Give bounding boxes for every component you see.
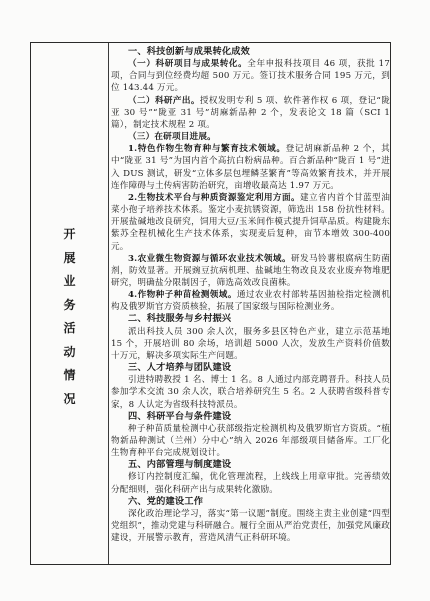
paragraph: 引进特聘教授 1 名、博士 1 名。8 人通过内部竞聘晋升。科技人员参加学术交流… [111,374,390,410]
section-heading: 一、科技创新与成果转化成效 [111,46,390,58]
paragraph: （三）在研项目进展。 [111,131,390,143]
paragraph-lead: （二）科研产出。 [128,96,200,106]
paragraph: 2.生物技术平台与种质资源鉴定利用方面。建立省内首个甘蓝型油菜小孢子培养技术体系… [111,192,390,253]
paragraph-lead: 3.农业微生物资源与循环农业技术领域。 [128,254,291,264]
label-char: 活 [63,317,75,341]
label-char: 况 [63,388,75,412]
paragraph: 派出科技人员 300 余人次，服务多县区特色产业，建立示范基地 15 个，开展培… [111,326,390,362]
activity-report-table: 开 展 业 务 活 动 情 况 一、科技创新与成果转化成效 （一）科研项目与成果… [30,42,391,565]
paragraph-text: 深化政治理论学习，落实“第一议题”制度。围绕主责主业创建“四型党组织”，推动党建… [111,509,390,543]
paragraph: 修订内控制度汇编，优化管理流程，上线线上用章审批。完善绩效分配细则，强化科研产出… [111,471,390,495]
paragraph-text: 派出科技人员 300 余人次，服务多县区特色产业，建立示范基地 15 个，开展培… [111,327,390,361]
paragraph-lead: 1.特色作物生物育种与繁育技术领域。 [128,144,286,154]
paragraph: 种子种苗质量检测中心获部级指定检测机构及俄罗斯官方资质。“植物新品种测试（兰州）… [111,423,390,459]
paragraph: 深化政治理论学习，落实“第一议题”制度。围绕主责主业创建“四型党组织”，推动党建… [111,508,390,544]
paragraph-text: 种子种苗质量检测中心获部级指定检测机构及俄罗斯官方资质。“植物新品种测试（兰州）… [111,424,390,458]
section-heading: 三、人才培养与团队建设 [111,362,390,374]
column-divider [108,43,109,564]
paragraph-lead: （一）科研项目与成果转化。 [128,59,247,69]
paragraph-text: 引进特聘教授 1 名、博士 1 名。8 人通过内部竞聘晋升。科技人员参加学术交流… [111,375,390,409]
paragraph-lead: （三）在研项目进展。 [128,132,216,142]
section-heading: 二、科技服务与乡村振兴 [111,313,390,325]
label-char: 情 [63,364,75,388]
row-label-vertical: 开 展 业 务 活 动 情 况 [31,223,108,411]
section-heading: 四、科研平台与条件建设 [111,411,390,423]
paragraph: 3.农业微生物资源与循环农业技术领域。研发马铃薯根腐病生防菌剂，防效显著。开展豌… [111,253,390,289]
label-char: 业 [63,270,75,294]
paragraph-lead: 4.作物种子种苗检测领域。 [128,290,237,300]
row-label-cell: 开 展 业 务 活 动 情 况 [31,43,108,564]
paragraph: 4.作物种子种苗检测领域。通过农业农村部转基因抽检指定检测机构及俄罗斯官方资质核… [111,289,390,313]
content-cell: 一、科技创新与成果转化成效 （一）科研项目与成果转化。全年申报科技项目 46 项… [111,46,390,544]
section-heading: 六、党的建设工作 [111,496,390,508]
label-char: 务 [63,294,75,318]
paragraph-lead: 2.生物技术平台与种质资源鉴定利用方面。 [128,193,300,203]
paragraph: （一）科研项目与成果转化。全年申报科技项目 46 项，获批 17 项，合同与到位… [111,58,390,94]
paragraph-text: 修订内控制度汇编，优化管理流程，上线线上用章审批。完善绩效分配细则，强化科研产出… [111,472,390,494]
label-char: 展 [63,247,75,271]
label-char: 动 [63,341,75,365]
paragraph: 1.特色作物生物育种与繁育技术领域。登记胡麻新品种 2 个，其中“陇亚 31 号… [111,143,390,192]
label-char: 开 [63,223,75,247]
paragraph: （二）科研产出。授权发明专利 5 项、软件著作权 6 项，登记“陇亚 30 号”… [111,95,390,131]
section-heading: 五、内部管理与制度建设 [111,459,390,471]
